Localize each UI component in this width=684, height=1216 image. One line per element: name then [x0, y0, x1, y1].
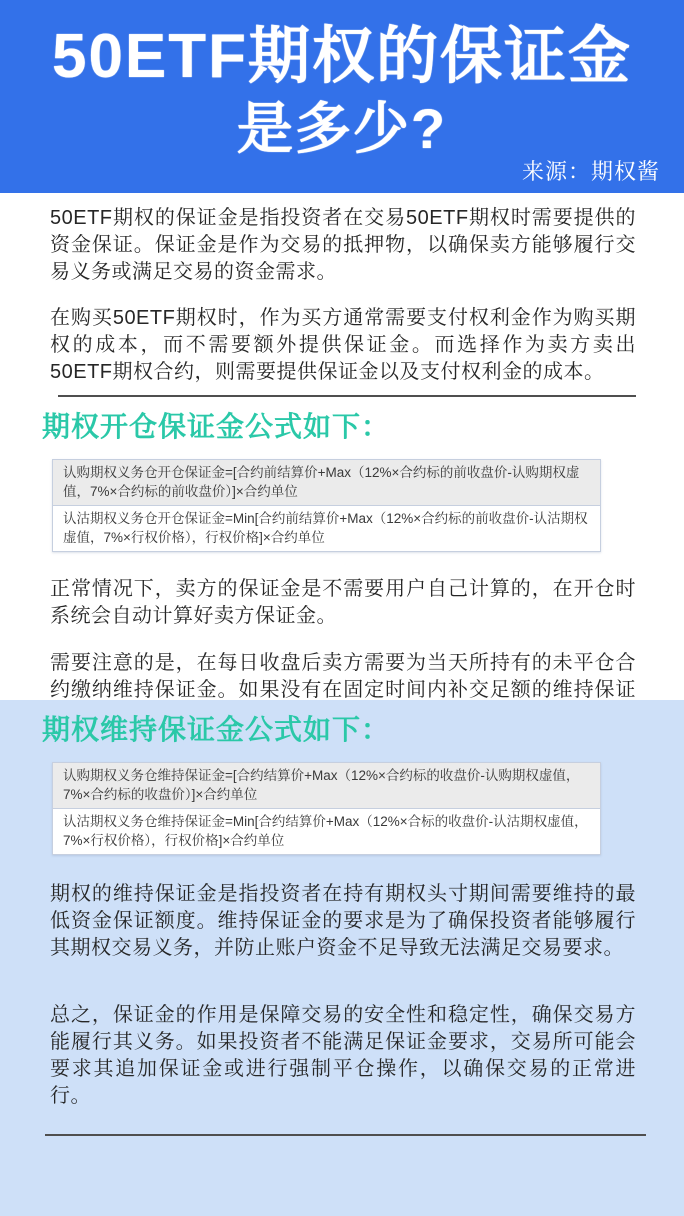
upper-content-section: 50ETF期权的保证金是指投资者在交易50ETF期权时需要提供的资金保证。保证金…: [0, 193, 684, 700]
bottom-divider-line: [45, 1134, 646, 1136]
maintenance-formula-table: 认购期权义务仓维持保证金=[合约结算价+Max（12%×合约标的收盘价-认购期权…: [52, 762, 601, 855]
infographic-page: 50ETF期权的保证金 是多少? 来源：期权酱 50ETF期权的保证金是指投资者…: [0, 0, 684, 1216]
call-maintenance-formula-row: 认购期权义务仓维持保证金=[合约结算价+Max（12%×合约标的收盘价-认购期权…: [53, 763, 600, 809]
note-paragraph-2: 需要注意的是，在每日收盘后卖方需要为当天所持有的未平仓合约缴纳维持保证金。如果没…: [50, 650, 636, 700]
opening-formula-table: 认购期权义务仓开仓保证金=[合约前结算价+Max（12%×合约标的前收盘价-认购…: [52, 459, 601, 552]
closing-paragraph-1: 期权的维持保证金是指投资者在持有期权头寸期间需要维持的最低资金保证额度。维持保证…: [50, 881, 636, 962]
page-title-line1: 50ETF期权的保证金: [0, 0, 684, 88]
header-banner: 50ETF期权的保证金 是多少? 来源：期权酱: [0, 0, 684, 193]
closing-paragraph-2: 总之，保证金的作用是保障交易的安全性和稳定性，确保交易方能履行其义务。如果投资者…: [50, 1002, 636, 1110]
lower-content-section: 期权维持保证金公式如下： 认购期权义务仓维持保证金=[合约结算价+Max（12%…: [0, 700, 684, 1216]
maintenance-margin-heading: 期权维持保证金公式如下：: [42, 700, 684, 748]
intro-paragraph-2: 在购买50ETF期权时，作为买方通常需要支付权利金作为购买期权的成本，而不需要额…: [50, 305, 636, 386]
page-title-line2: 是多少?: [0, 101, 684, 157]
divider-line: [58, 395, 636, 397]
note-paragraph-1: 正常情况下，卖方的保证金是不需要用户自己计算的，在开仓时系统会自动计算好卖方保证…: [50, 576, 636, 630]
put-opening-formula-row: 认沽期权义务仓开仓保证金=Min[合约前结算价+Max（12%×合约标的前收盘价…: [53, 506, 600, 551]
intro-paragraph-1: 50ETF期权的保证金是指投资者在交易50ETF期权时需要提供的资金保证。保证金…: [50, 205, 636, 286]
call-opening-formula-row: 认购期权义务仓开仓保证金=[合约前结算价+Max（12%×合约标的前收盘价-认购…: [53, 460, 600, 506]
opening-margin-heading: 期权开仓保证金公式如下：: [42, 409, 684, 445]
source-credit: 来源：期权酱: [522, 155, 660, 186]
put-maintenance-formula-row: 认沽期权义务仓维持保证金=Min[合约结算价+Max（12%×合标的收盘价-认沽…: [53, 809, 600, 854]
